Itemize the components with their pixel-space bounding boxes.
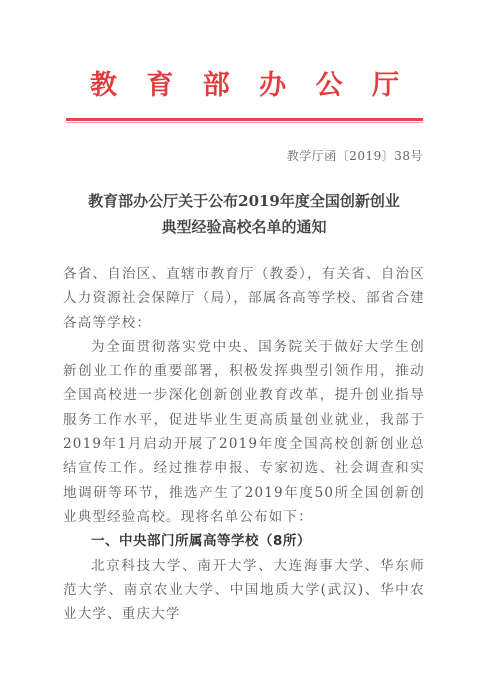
masthead-char: 公: [316, 70, 343, 102]
masthead-char: 部: [203, 70, 230, 102]
red-divider-thick: [66, 118, 423, 121]
section-1-list: 北京科技大学、南开大学、大连海事大学、华东师范大学、南京农业大学、中国地质大学(…: [63, 554, 425, 627]
notice-title-line2: 典型经验高校名单的通知: [0, 214, 488, 240]
masthead-char: 办: [259, 70, 286, 102]
section-1-heading: 一、中央部门所属高等学校（8所）: [63, 529, 425, 553]
masthead-title: 教 育 部 办 公 厅: [66, 70, 423, 102]
body-text: 各省、自治区、直辖市教育厅（教委），有关省、自治区人力资源社会保障厅（局），部属…: [63, 262, 425, 626]
masthead-char: 厅: [372, 70, 399, 102]
paragraph-1: 为全面贯彻落实党中央、国务院关于做好大学生创新创业工作的重要部署，积极发挥典型引…: [63, 335, 425, 529]
masthead-char: 育: [146, 70, 173, 102]
document-page: 教 育 部 办 公 厅 教学厅函〔2019〕38号 教育部办公厅关于公布2019…: [0, 0, 488, 689]
notice-title-line1: 教育部办公厅关于公布2019年度全国创新创业: [0, 188, 488, 214]
salutation: 各省、自治区、直辖市教育厅（教委），有关省、自治区人力资源社会保障厅（局），部属…: [63, 262, 425, 335]
notice-title: 教育部办公厅关于公布2019年度全国创新创业 典型经验高校名单的通知: [0, 188, 488, 240]
red-divider-thin: [66, 122, 423, 123]
document-number: 教学厅函〔2019〕38号: [287, 148, 423, 164]
masthead-char: 教: [90, 70, 117, 102]
